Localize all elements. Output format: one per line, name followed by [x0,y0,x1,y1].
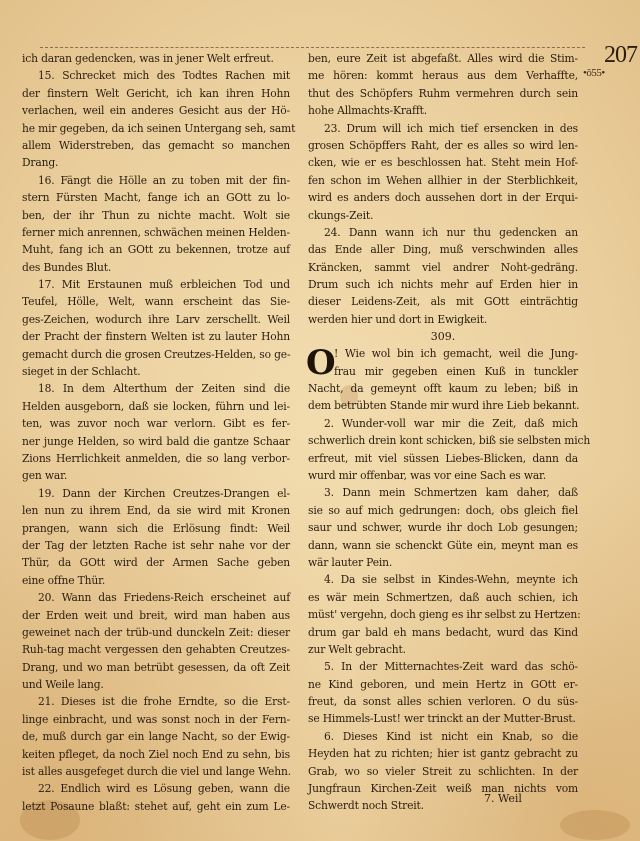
hymn-309-opening: O ! Wie wol bin ich gemacht, weil die Ju… [308,345,578,380]
text-line: geweinet nach der trüb-und dunckeln Zeit… [22,624,290,641]
catchword: 7. Weil [484,792,522,805]
text-line: allem Widerstreben, das gemacht so manch… [22,137,290,154]
left-text-column: ich daran gedencken, was in jener Welt e… [22,50,290,815]
text-line: müst' vergehn, doch gieng es ihr selbst … [308,606,578,623]
text-line: keiten pfleget, da noch Ziel noch End zu… [22,746,290,763]
text-line: 5. In der Mitternachtes-Zeit ward das sc… [308,658,578,675]
text-line: len nun zu ihrem End, da sie wird mit Kr… [22,502,290,519]
text-line: 3. Dann mein Schmertzen kam daher, daß [308,484,578,501]
header-rule [40,47,585,48]
margin-ornament: •ŏ55• [583,67,605,79]
text-line: stern Fürsten Macht, fange ich an GOtt z… [22,189,290,206]
text-line: grosen Schöpffers Raht, der es alles so … [308,137,578,154]
text-line: 18. In dem Alterthum der Zeiten sind die [22,380,290,397]
right-text-column: ben, eure Zeit ist abgefaßt. Alles wird … [308,50,578,815]
text-line: 21. Dieses ist die frohe Erndte, so die … [22,693,290,710]
text-line: ! Wie wol bin ich gemacht, weil die Jung… [308,345,578,362]
text-line: ich daran gedencken, was in jener Welt e… [22,50,290,67]
text-line: 20. Wann das Friedens-Reich erscheinet a… [22,589,290,606]
text-line: ckungs-Zeit. [308,207,578,224]
text-line: gen war. [22,467,290,484]
page-number: 207 [604,42,637,69]
dropcap-lines: ! Wie wol bin ich gemacht, weil die Jung… [308,345,578,380]
text-line: 16. Fängt die Hölle an zu toben mit der … [22,172,290,189]
text-line: zur Welt gebracht. [308,641,578,658]
text-line: he mir gegeben, da ich seinen Untergang … [22,120,290,137]
hymn-309-body: Nacht, da gemeynt offt kaum zu leben; bi… [308,380,578,815]
text-line: der finstern Welt Gericht, ich kan ihren… [22,85,290,102]
text-line: Heyden hat zu richten; hier ist gantz ge… [308,745,578,762]
text-line: das Ende aller Ding, muß verschwinden al… [308,241,578,258]
text-line: hohe Allmachts-Krafft. [308,102,578,119]
text-line: Kräncken, sammt viel andrer Noht-gedräng… [308,259,578,276]
text-line: ben, der ihr Thun zu nichte macht. Wolt … [22,207,290,224]
text-line: 23. Drum will ich mich tief ersencken in… [308,120,578,137]
text-line: werden hier und dort in Ewigkeit. [308,311,578,328]
text-line: ten, was zuvor noch war verlorn. Gibt es… [22,415,290,432]
text-line: der Pracht der finstern Welten ist zu la… [22,328,290,345]
text-line: ben, eure Zeit ist abgefaßt. Alles wird … [308,50,578,67]
text-line: wär lauter Pein. [308,554,578,571]
text-line: Drum such ich nichts mehr auf Erden hier… [308,276,578,293]
text-line: verlachen, weil ein anderes Gesicht aus … [22,102,290,119]
text-line: wurd mir offenbar, was vor eine Sach es … [308,467,578,484]
hymn-number-heading: 309. [308,328,578,345]
text-line: dieser Leidens-Zeit, als mit GOtt einträ… [308,293,578,310]
text-line: Muht, fang ich an GOtt zu bekennen, trot… [22,241,290,258]
text-line: ges-Zeichen, wodurch ihre Larv zerschell… [22,311,290,328]
text-line: fen schon im Wehen allhier in der Sterbl… [308,172,578,189]
text-line: des Bundes Blut. [22,259,290,276]
text-line: und Weile lang. [22,676,290,693]
text-line: Jungfraun Kirchen-Zeit weiß man nichts v… [308,780,578,797]
text-line: 2. Wunder-voll war mir die Zeit, daß mic… [308,415,578,432]
text-line: letzt Posaune blaßt: stehet auf, geht ei… [22,798,290,815]
text-line: Schwerdt noch Streit. [308,797,578,814]
text-line: ne Kind geboren, und mein Hertz in GOtt … [308,676,578,693]
text-line: Drang. [22,154,290,171]
text-line: dem betrübten Stande mir wurd ihre Lieb … [308,397,578,414]
text-line: 17. Mit Erstaunen muß erbleichen Tod und [22,276,290,293]
text-line: ner junge Helden, so wird bald die gantz… [22,433,290,450]
text-line: saur und schwer, wurde ihr doch Lob gesu… [308,519,578,536]
hymn-308-conclusion: ben, eure Zeit ist abgefaßt. Alles wird … [308,50,578,328]
text-line: es wär mein Schmertzen, daß auch schien,… [308,589,578,606]
text-line: ferner mich anrennen, schwächen meinen H… [22,224,290,241]
text-line: sie so auf mich gedrungen: doch, obs gle… [308,502,578,519]
text-line: sieget in der Schlacht. [22,363,290,380]
text-line: Ruh-tag macht vergessen den gehabten Cre… [22,641,290,658]
text-line: 19. Dann der Kirchen Creutzes-Drangen el… [22,485,290,502]
text-line: se Himmels-Lust! wer trinckt an der Mutt… [308,710,578,727]
text-line: Helden ausgeborn, daß sie locken, führn … [22,398,290,415]
text-line: cken, wie er es beschlossen hat. Steht m… [308,154,578,171]
text-line: 4. Da sie selbst in Kindes-Wehn, meynte … [308,571,578,588]
text-line: Teufel, Hölle, Welt, wann erscheint das … [22,293,290,310]
text-line: 6. Dieses Kind ist nicht ein Knab, so di… [308,728,578,745]
text-line: wird es anders doch aussehen dort in der… [308,189,578,206]
text-line: Thür, da GOtt wird der Armen Sache geben [22,554,290,571]
text-line: frau mir gegeben einen Kuß in tunckler [308,363,578,380]
text-line: de, muß durch gar ein lange Nacht, so de… [22,728,290,745]
text-line: prangen, wann sich die Erlösung findt: W… [22,520,290,537]
text-line: freut, da sonst alles schien verloren. O… [308,693,578,710]
text-line: 24. Dann wann ich nur thu gedencken an [308,224,578,241]
text-line: linge einbracht, und was sonst noch in d… [22,711,290,728]
text-line: schwerlich drein kont schicken, biß sie … [308,432,578,449]
text-line: thut des Schöpfers Ruhm vermehren durch … [308,85,578,102]
text-line: dann, wann sie schenckt Güte ein, meynt … [308,537,578,554]
text-line: eine offne Thür. [22,572,290,589]
text-line: gemacht durch die grosen Creutzes-Helden… [22,346,290,363]
text-line: Zions Herrlichkeit anmelden, die so lang… [22,450,290,467]
text-line: der Erden weit und breit, wird man haben… [22,607,290,624]
drop-cap-letter: O [306,346,336,380]
text-line: drum gar bald eh mans bedacht, wurd das … [308,624,578,641]
text-line: 22. Endlich wird es Lösung geben, wann d… [22,780,290,797]
text-line: me hören: kommt heraus aus dem Verhaffte… [308,67,578,84]
text-line: erfreut, mit viel süssen Liebes-Blicken,… [308,450,578,467]
text-line: 15. Schrecket mich des Todtes Rachen mit [22,67,290,84]
text-line: Nacht, da gemeynt offt kaum zu leben; bi… [308,380,578,397]
text-line: ist alles ausgefeget durch die viel und … [22,763,290,780]
text-line: der Tag der letzten Rache ist sehr nahe … [22,537,290,554]
scanned-hymnal-page: 207 •ŏ55• ich daran gedencken, was in je… [0,0,640,841]
text-line: Drang, und wo man betrübt gesessen, da o… [22,659,290,676]
text-line: Grab, wo so vieler Streit zu schlichten.… [308,763,578,780]
